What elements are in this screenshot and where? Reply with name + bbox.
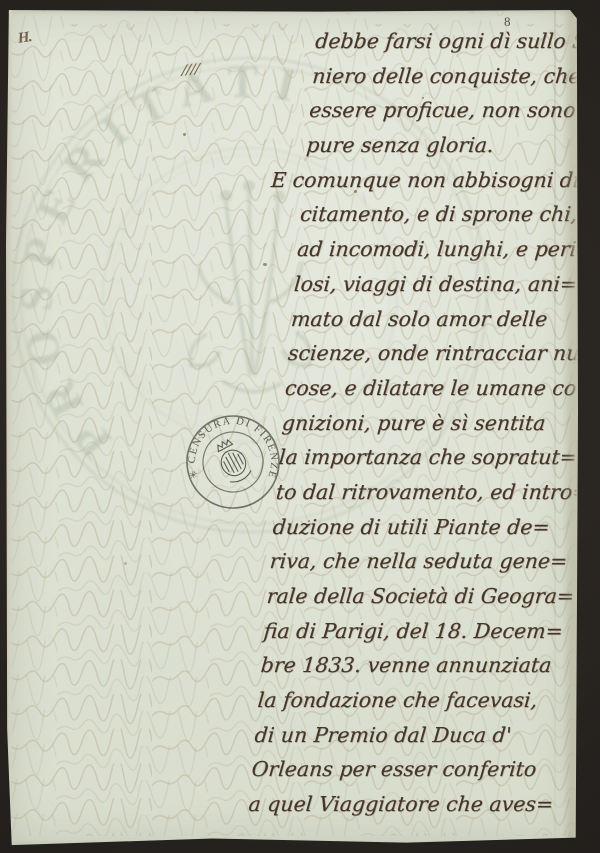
scanned-page-background: PROSPERITATI [0, 0, 600, 853]
paper-fold-line [554, 10, 556, 846]
manuscript-line: cose, e dilatare le umane co= [284, 371, 578, 406]
stamp-group: ✳ CENSURA DI FIRENZE [180, 402, 286, 522]
manuscript-line: mato dal solo amor delle [290, 302, 578, 337]
stamp-ring-text: ✳ CENSURA DI FIRENZE [180, 402, 286, 516]
manuscript-line: duzione di utili Piante de= [271, 510, 574, 545]
manuscript-line: pure senza gloria. [305, 128, 578, 163]
stamp-crest [212, 436, 253, 485]
manuscript-line: fia di Parigi, del 18. Decem= [262, 614, 565, 649]
paper-binding-edge [6, 10, 13, 846]
manuscript-line: losi, viaggi di destina, ani= [293, 267, 578, 302]
manuscript-line: scienze, onde rintracciar nuove [287, 336, 578, 371]
manuscript-line: di un Premio dal Duca d' [253, 718, 556, 753]
manuscript-line: la importanza che sopratut= [277, 440, 578, 475]
censura-stamp: ✳ CENSURA DI FIRENZE [180, 402, 286, 522]
paper-right-edge [562, 10, 578, 846]
manuscript-line: citamento, e di sprone chi, [299, 197, 578, 232]
manuscript-line-paragraph-start: E comunque non abbisogni di ec= [270, 163, 578, 198]
manuscript-line: Orleans per esser conferito [250, 752, 553, 787]
manuscript-line: bre 1833. venne annunziata [259, 648, 562, 683]
manuscript-line: gnizioni, pure è sì sentita [280, 406, 578, 441]
tally-pen-mark: //// [180, 59, 202, 81]
manuscript-line: rale della Società di Geogra= [265, 579, 568, 614]
manuscript-line: niero delle conquiste, che oltre [311, 59, 578, 94]
manuscript-line: ad incomodi, lunghi, e perico= [296, 232, 578, 267]
manuscript-line: la fondazione che facevasi, [256, 683, 559, 718]
manuscript-line: riva, che nella seduta gene= [268, 544, 571, 579]
manuscript-line: a quel Viaggiatore che aves= [247, 787, 550, 822]
manuscript-line: debbe farsi ogni dì sullo Stra= [314, 24, 578, 59]
manuscript-text-block: debbe farsi ogni dì sullo Stra= niero de… [247, 24, 578, 822]
top-left-pen-mark: H. [17, 29, 33, 48]
manuscript-line: essere proficue, non sono esse [308, 93, 578, 128]
manuscript-paper: PROSPERITATI [6, 10, 578, 846]
manuscript-line: to dal ritrovamento, ed intro= [274, 475, 577, 510]
